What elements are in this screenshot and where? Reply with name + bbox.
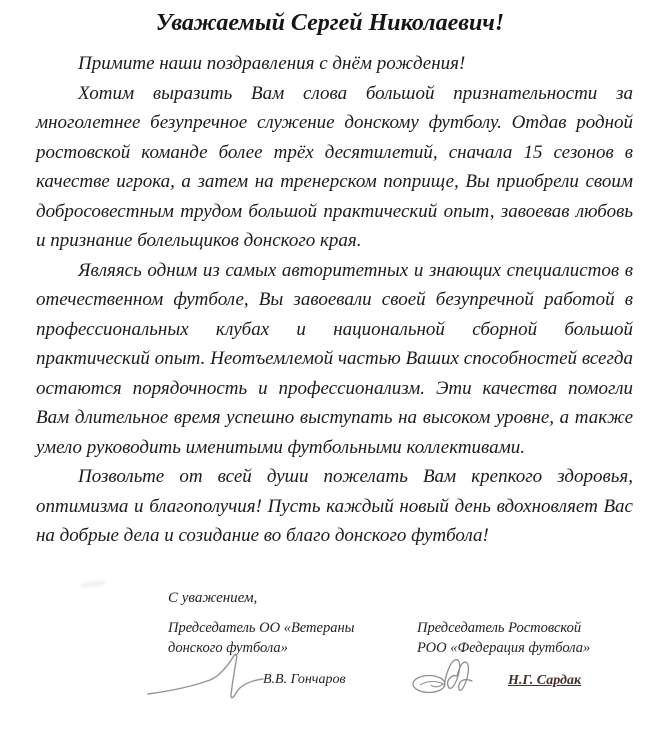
paragraph-career: Хотим выразить Вам слова большой признат… [36,79,633,256]
sardak-name: Н.Г. Сардак [508,673,581,689]
goncharov-handwritten-signature [142,650,270,702]
sardak-handwritten-signature [410,654,478,702]
org-left-line1: Председатель ОО «Ветераны [168,618,354,638]
signatory-org-right: Председатель Ростовской РОО «Федерация ф… [417,618,590,658]
scan-smudge [80,579,107,589]
paragraph-greeting: Примите наши поздравления с днём рождени… [36,49,633,79]
letter-title: Уважаемый Сергей Николаевич! [0,0,660,37]
paragraph-wishes: Позвольте от всей души пожелать Вам креп… [36,462,633,551]
paragraph-qualities: Являясь одним из самых авторитетных и зн… [36,256,633,463]
org-right-line1: Председатель Ростовской [417,618,590,638]
closing-line: С уважением, [168,590,257,607]
letter-body: Примите наши поздравления с днём рождени… [36,49,633,551]
letter-page: Уважаемый Сергей Николаевич! Примите наш… [0,0,660,732]
goncharov-name: В.В. Гончаров [263,672,346,688]
